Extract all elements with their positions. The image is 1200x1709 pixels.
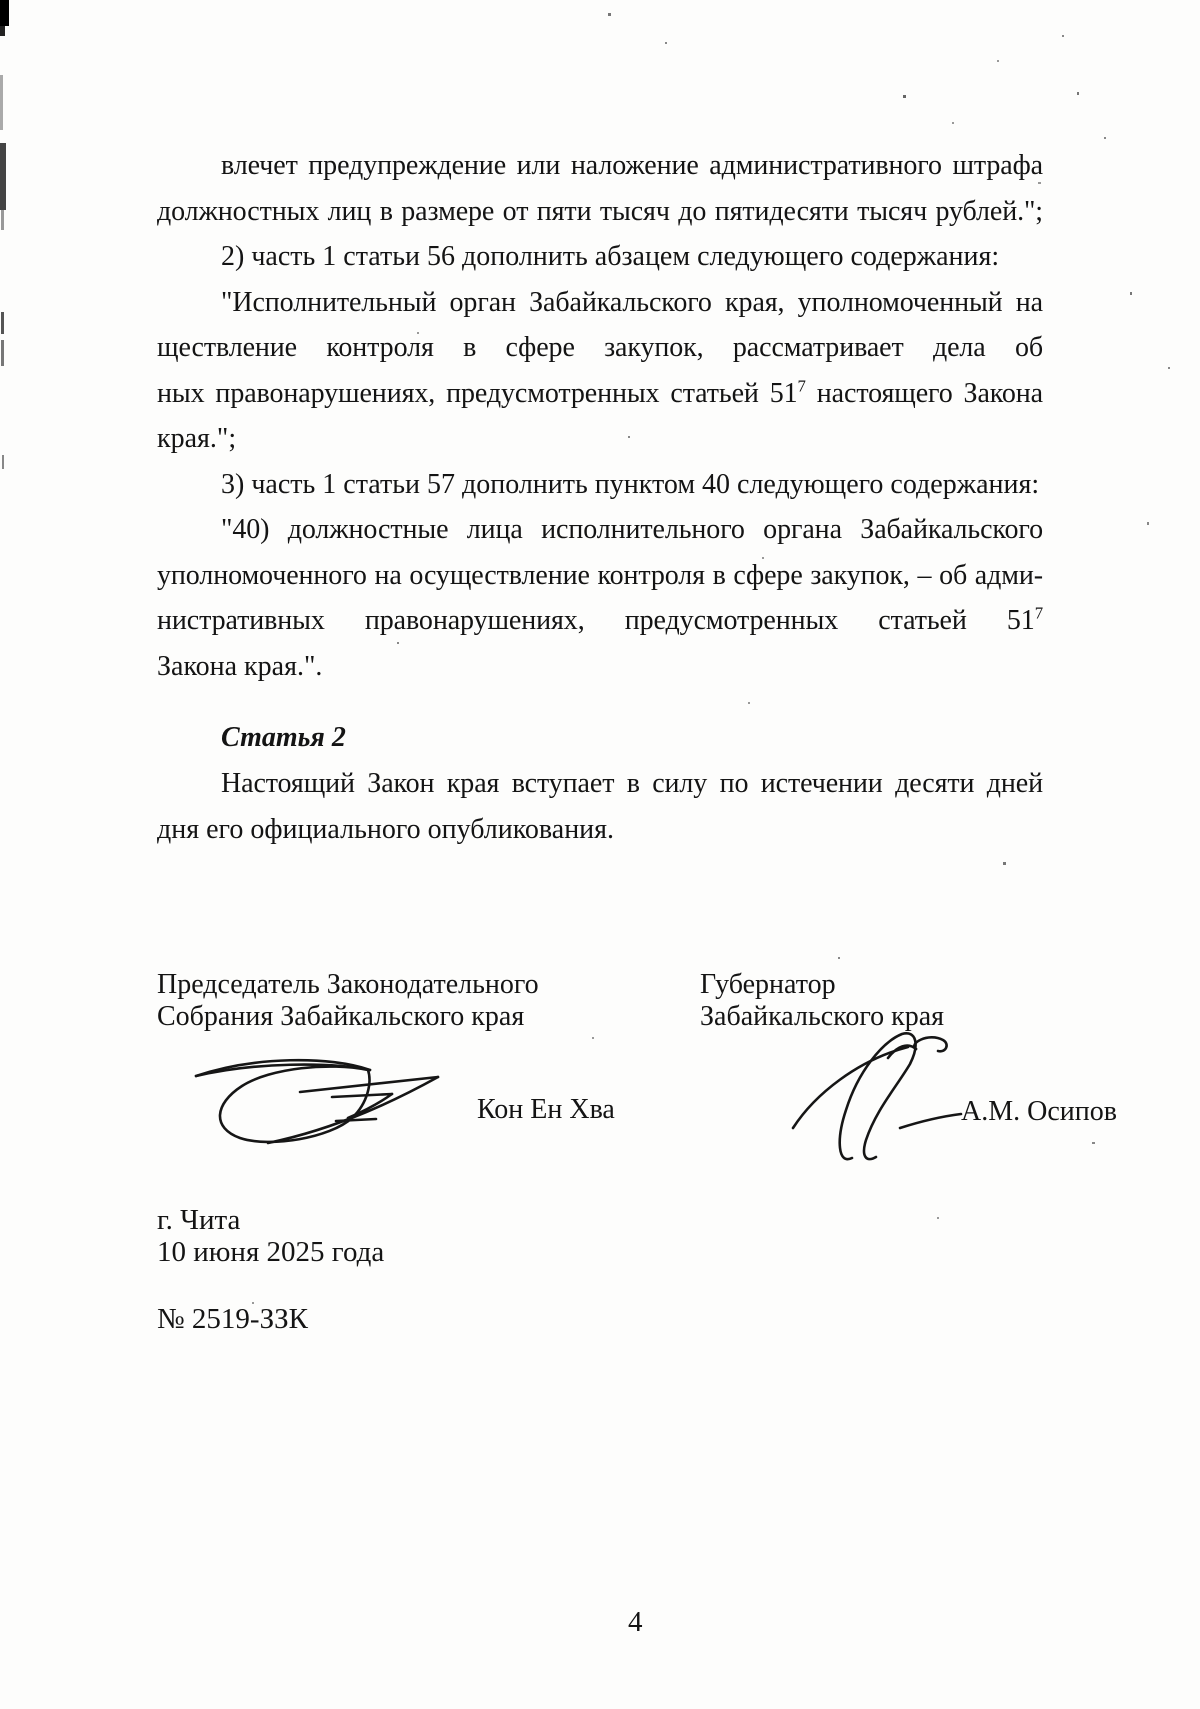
scan-speck (1168, 367, 1170, 369)
scan-speck (1147, 522, 1149, 525)
body-line: Закона края.". (157, 644, 1043, 690)
signatory-title-left: Председатель Законодательного Собрания З… (157, 969, 539, 1032)
scan-speck (2, 455, 4, 469)
footer-date: 10 июня 2025 года (157, 1236, 384, 1268)
page-number: 4 (628, 1606, 643, 1639)
scan-speck (0, 0, 9, 26)
signatory-title-left-line2: Собрания Забайкальского края (157, 1001, 539, 1033)
scan-speck (592, 1037, 594, 1039)
superscript-text: 7 (798, 376, 806, 395)
signatory-title-right-line1: Губернатор (700, 969, 944, 1001)
signatory-name-left: Кон Ен Хва (477, 1094, 615, 1125)
signatory-name-right: А.М. Осипов (961, 1096, 1117, 1127)
scan-speck (1, 340, 4, 366)
scan-speck (1003, 862, 1006, 865)
scan-speck (0, 75, 3, 130)
line-text: ных правонарушениях, предусмотренных ста… (157, 378, 798, 409)
scan-speck (1, 210, 4, 230)
signatory-title-left-line1: Председатель Законодательного (157, 969, 539, 1001)
body-line: ществление контроля в сфере закупок, рас… (157, 325, 1043, 371)
body-line: "40) должностные лица исполнительного ор… (157, 507, 1043, 553)
body-line: 2) часть 1 статьи 56 дополнить абзацем с… (157, 234, 1043, 280)
scan-speck (997, 60, 999, 62)
scan-speck (903, 95, 906, 98)
scan-speck (1104, 137, 1106, 139)
scan-speck (0, 26, 5, 36)
line-text: настоящего Закона (806, 378, 1043, 409)
document-page: влечет предупреждение или наложение адми… (0, 0, 1200, 1709)
signatory-title-right: Губернатор Забайкальского края (700, 969, 944, 1032)
superscript-text: 7 (1035, 604, 1043, 623)
body-line: влечет предупреждение или наложение адми… (157, 143, 1043, 189)
scan-speck (0, 143, 6, 210)
document-footer: г. Чита 10 июня 2025 года № 2519-ЗЗК (157, 1204, 384, 1335)
scan-speck (1062, 35, 1064, 37)
body-line: должностных лиц в размере от пяти тысяч … (157, 189, 1043, 235)
body-line: ных правонарушениях, предусмотренных ста… (157, 371, 1043, 417)
footer-document-number: № 2519-ЗЗК (157, 1303, 384, 1335)
scan-speck (608, 13, 611, 16)
scan-speck (937, 1217, 939, 1219)
body-line: дня его официального опубликования. (157, 807, 1043, 853)
scan-speck (1092, 1142, 1095, 1144)
scan-speck (952, 122, 954, 124)
article-2-text: Настоящий Закон края вступает в силу по … (157, 761, 1043, 852)
article-2-heading: Статья 2 (157, 715, 1043, 761)
signatory-title-right-line2: Забайкальского края (700, 1001, 944, 1033)
signature-chairman (185, 1048, 445, 1148)
document-body: влечет предупреждение или наложение адми… (157, 143, 1043, 852)
footer-city: г. Чита (157, 1204, 384, 1236)
body-line: Настоящий Закон края вступает в силу по … (157, 761, 1043, 807)
line-text: нистративных правонарушениях, предусмотр… (157, 605, 1035, 636)
scan-speck (1130, 292, 1132, 295)
scan-speck (665, 42, 667, 44)
body-line: уполномоченного на осуществление контрол… (157, 553, 1043, 599)
scan-speck (1, 312, 4, 334)
body-line: 3) часть 1 статьи 57 дополнить пунктом 4… (157, 462, 1043, 508)
article-1-amendments: влечет предупреждение или наложение адми… (157, 143, 1043, 689)
scan-speck (838, 957, 840, 959)
body-line: "Исполнительный орган Забайкальского кра… (157, 280, 1043, 326)
scan-speck (1077, 92, 1079, 95)
body-line: края."; (157, 416, 1043, 462)
body-line: нистративных правонарушениях, предусмотр… (157, 598, 1043, 644)
